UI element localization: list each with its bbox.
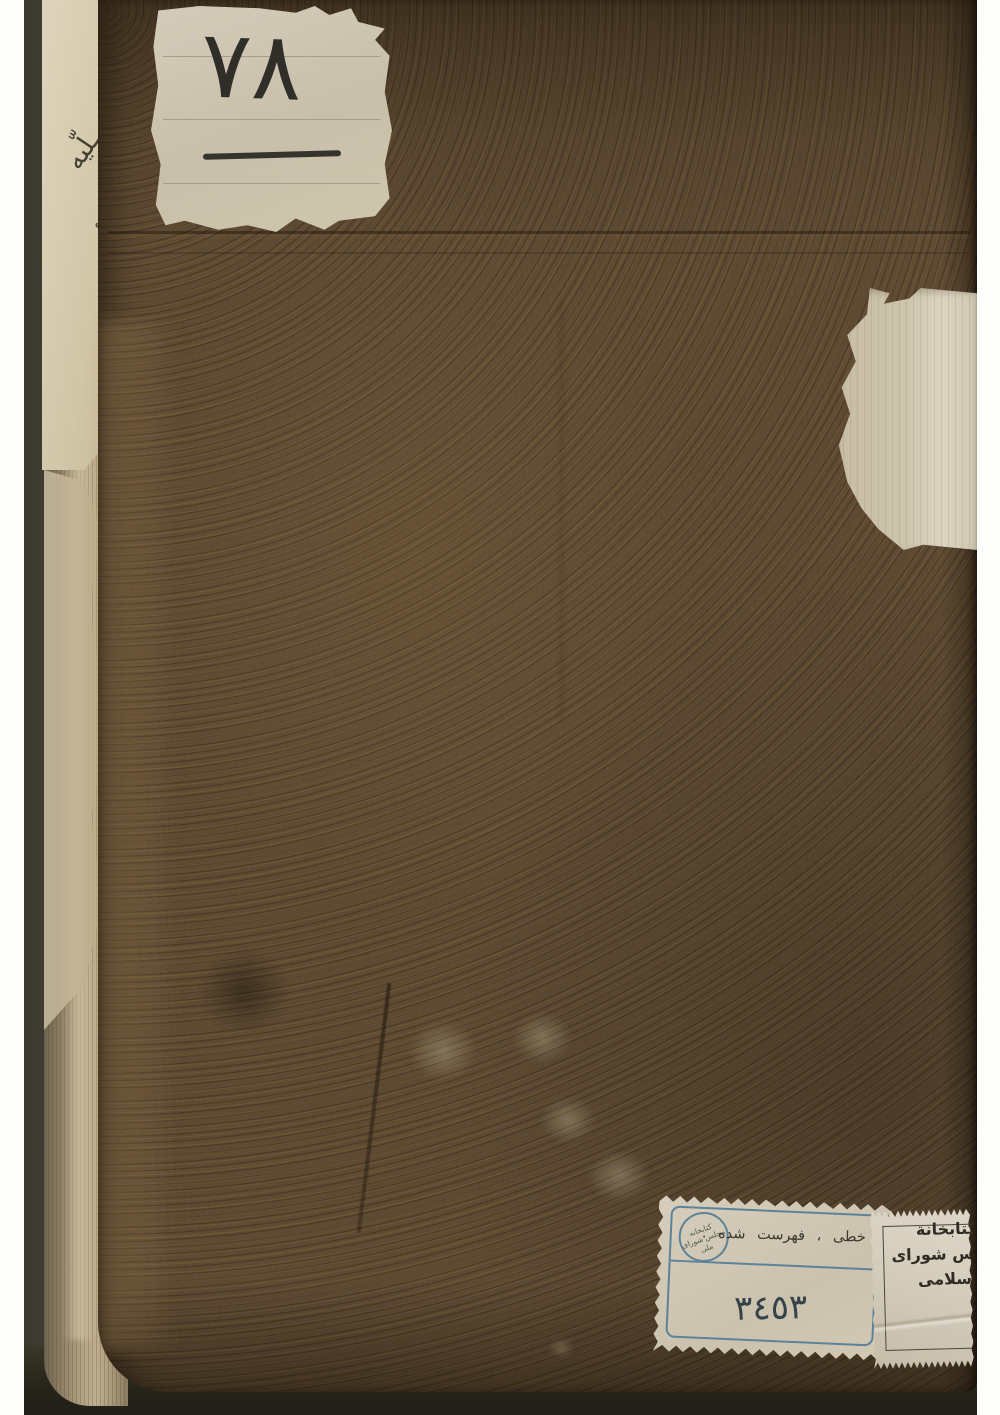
library-name-text: كتابخانة مجلس شوراى اسلامى: [878, 1216, 1000, 1294]
leather-stain: [198, 948, 290, 1034]
library-name-line: اسلامى: [879, 1265, 1000, 1293]
leather-smudge: [548, 1338, 574, 1358]
catalog-stamp-label: كتابخانه مجلس شوراى ملى خطى ، فهرست شده …: [653, 1195, 892, 1361]
leather-smudge: [512, 1012, 572, 1064]
paper-crease: [873, 1307, 974, 1336]
leather-crease: [108, 231, 970, 234]
leather-smudge: [588, 1150, 650, 1202]
shelf-number-label: ٧٨: [151, 6, 392, 232]
leather-wear-band: [100, 320, 178, 1350]
scanned-photo: ـلّيه ٥١ ٧٨ كتابخانه مجلس شوراى ملى خطى …: [0, 0, 1000, 1415]
ruled-line: [163, 183, 380, 184]
library-name-label: كتابخانة مجلس شوراى اسلامى: [870, 1209, 974, 1370]
library-name-line: مجلس شوراى: [879, 1240, 1000, 1268]
underline-mark: [203, 150, 341, 160]
library-name-line: كتابخانة: [878, 1216, 1000, 1244]
leather-crease: [560, 300, 563, 720]
leather-smudge: [408, 1020, 478, 1082]
shelf-number: ٧٨: [199, 18, 303, 115]
accession-number: ٣٤٥٣: [734, 1287, 808, 1329]
stamp-frame: كتابخانه مجلس شوراى ملى خطى ، فهرست شده …: [665, 1206, 879, 1347]
leather-smudge: [540, 1096, 596, 1144]
leather-crease: [108, 252, 970, 254]
